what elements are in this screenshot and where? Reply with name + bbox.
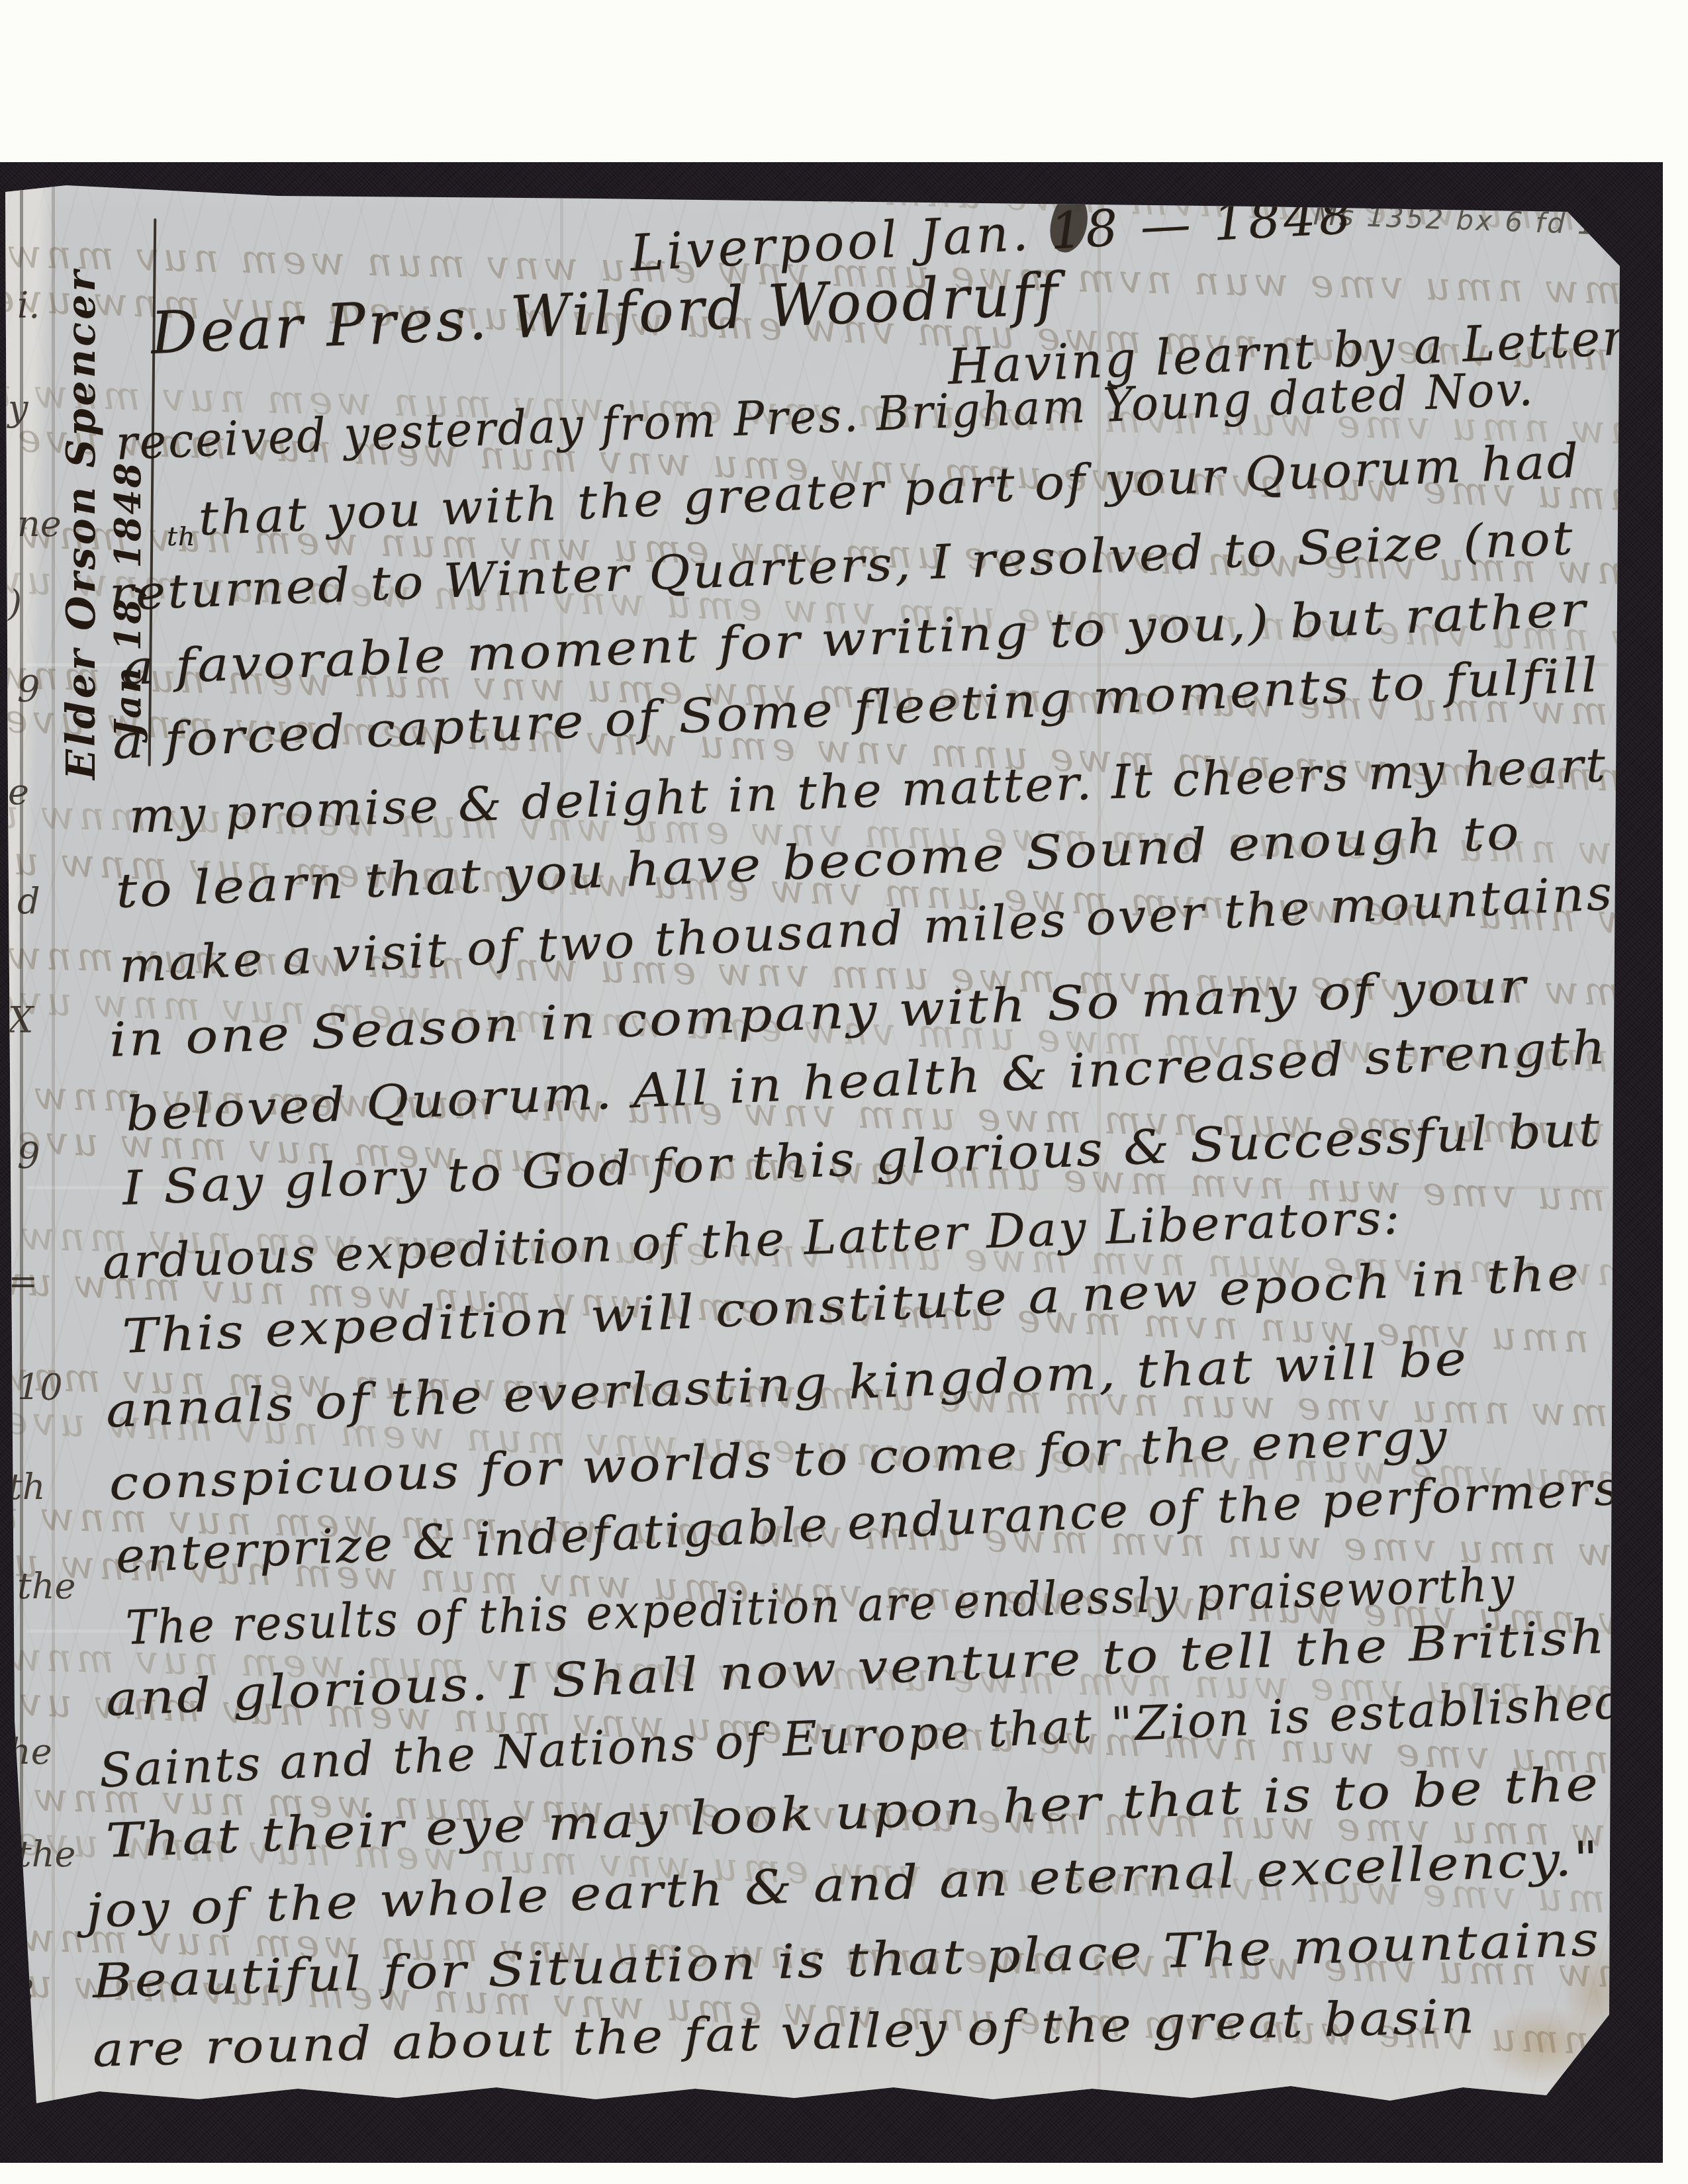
edge-ink-fragment: =	[8, 1261, 38, 1302]
letter-paper: mw nmu vme wun nvm mwe unm vnw emu wnv m…	[0, 0, 1688, 2184]
edge-ink-fragment: X	[8, 999, 33, 1041]
superscript-mark: th	[167, 522, 196, 552]
margin-docket-date: Jan 18, 1848	[106, 268, 150, 780]
margin-docket: Elder Orson Spencer Jan 18, 1848	[57, 268, 150, 780]
edge-ink-fragment: 9	[17, 1135, 40, 1177]
edge-ink-fragment: 9	[17, 668, 40, 710]
edge-ink-fragment: )	[8, 582, 22, 624]
letter-scan: mw nmu vme wun nvm mwe unm vnw emu wnv m…	[0, 0, 1688, 2184]
edge-ink-fragment: i.	[17, 285, 40, 326]
edge-ink-fragment: y	[8, 387, 28, 429]
edge-ink-fragment: 10	[17, 1367, 63, 1408]
edge-ink-fragment: th	[8, 1466, 45, 1508]
edge-ink-fragment: ne	[17, 503, 62, 545]
edge-ink-fragment: d	[17, 880, 40, 922]
edge-ink-fragment: the	[17, 1565, 75, 1607]
margin-docket-name: Elder Orson Spencer	[57, 268, 106, 780]
vertical-crease	[52, 187, 55, 2101]
edge-ink-fragment: the	[17, 1833, 75, 1875]
edge-ink-fragment: e	[8, 771, 29, 813]
